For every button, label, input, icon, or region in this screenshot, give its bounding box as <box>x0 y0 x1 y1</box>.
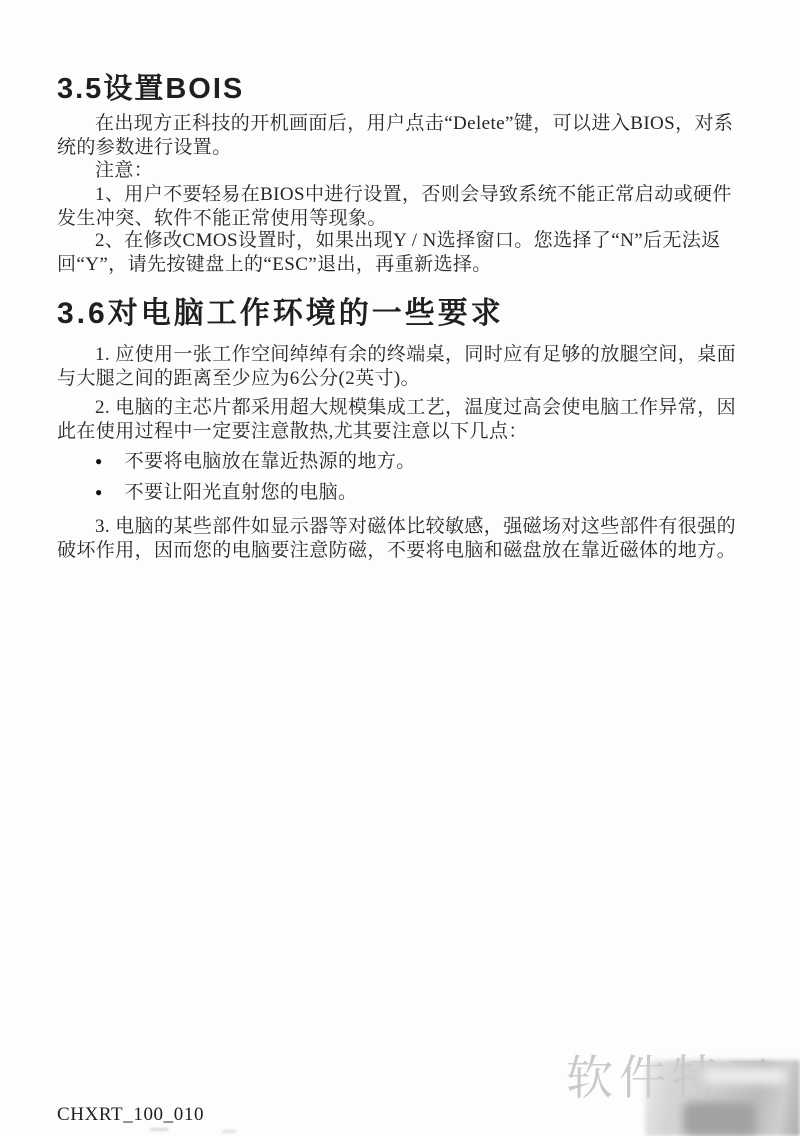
scan-artifact <box>222 1130 236 1133</box>
bullet-icon: ● <box>95 450 103 474</box>
note-label: 注意： <box>57 159 749 183</box>
mosaic-shadow <box>683 1102 755 1136</box>
mosaic-highlight <box>703 1068 787 1084</box>
mosaic-redaction-blob <box>645 1060 800 1136</box>
section-3-6-heading: 3.6对电脑工作环境的一些要求 <box>57 296 504 331</box>
note-item-1: 1、用户不要轻易在BIOS中进行设置，否则会导致系统不能正常启动或硬件发生冲突、… <box>57 183 749 230</box>
section-3-6-item-3: 3. 电脑的某些部件如显示器等对磁体比较敏感，强磁场对这些部件有很强的破坏作用，… <box>57 515 749 562</box>
section-3-6-item-2: 2. 电脑的主芯片都采用超大规模集成工艺，温度过高会使电脑工作异常，因此在使用过… <box>57 396 749 443</box>
section-3-5-heading: 3.5设置BOIS <box>57 72 244 106</box>
note-item-2: 2、在修改CMOS设置时，如果出现Y / N选择窗口。您选择了“N”后无法返回“… <box>57 229 749 276</box>
bullet-text: 不要将电脑放在靠近热源的地方。 <box>125 450 416 474</box>
section-3-6-item-1: 1. 应使用一张工作空间绰绰有余的终端桌，同时应有足够的放腿空间，桌面与大腿之间… <box>57 343 749 390</box>
bullet-list-item: ● 不要将电脑放在靠近热源的地方。 <box>95 450 416 476</box>
section-3-5-intro-paragraph: 在出现方正科技的开机画面后，用户点击“Delete”键，可以进入BIOS，对系统… <box>57 112 749 159</box>
scan-artifact <box>150 1128 168 1131</box>
footer-document-code: CHXRT_100_010 <box>57 1104 204 1126</box>
bullet-text: 不要让阳光直射您的电脑。 <box>125 481 358 505</box>
bullet-list-item: ● 不要让阳光直射您的电脑。 <box>95 481 357 507</box>
document-page: 3.5设置BOIS 在出现方正科技的开机画面后，用户点击“Delete”键，可以… <box>0 0 800 1136</box>
bullet-icon: ● <box>95 481 103 505</box>
